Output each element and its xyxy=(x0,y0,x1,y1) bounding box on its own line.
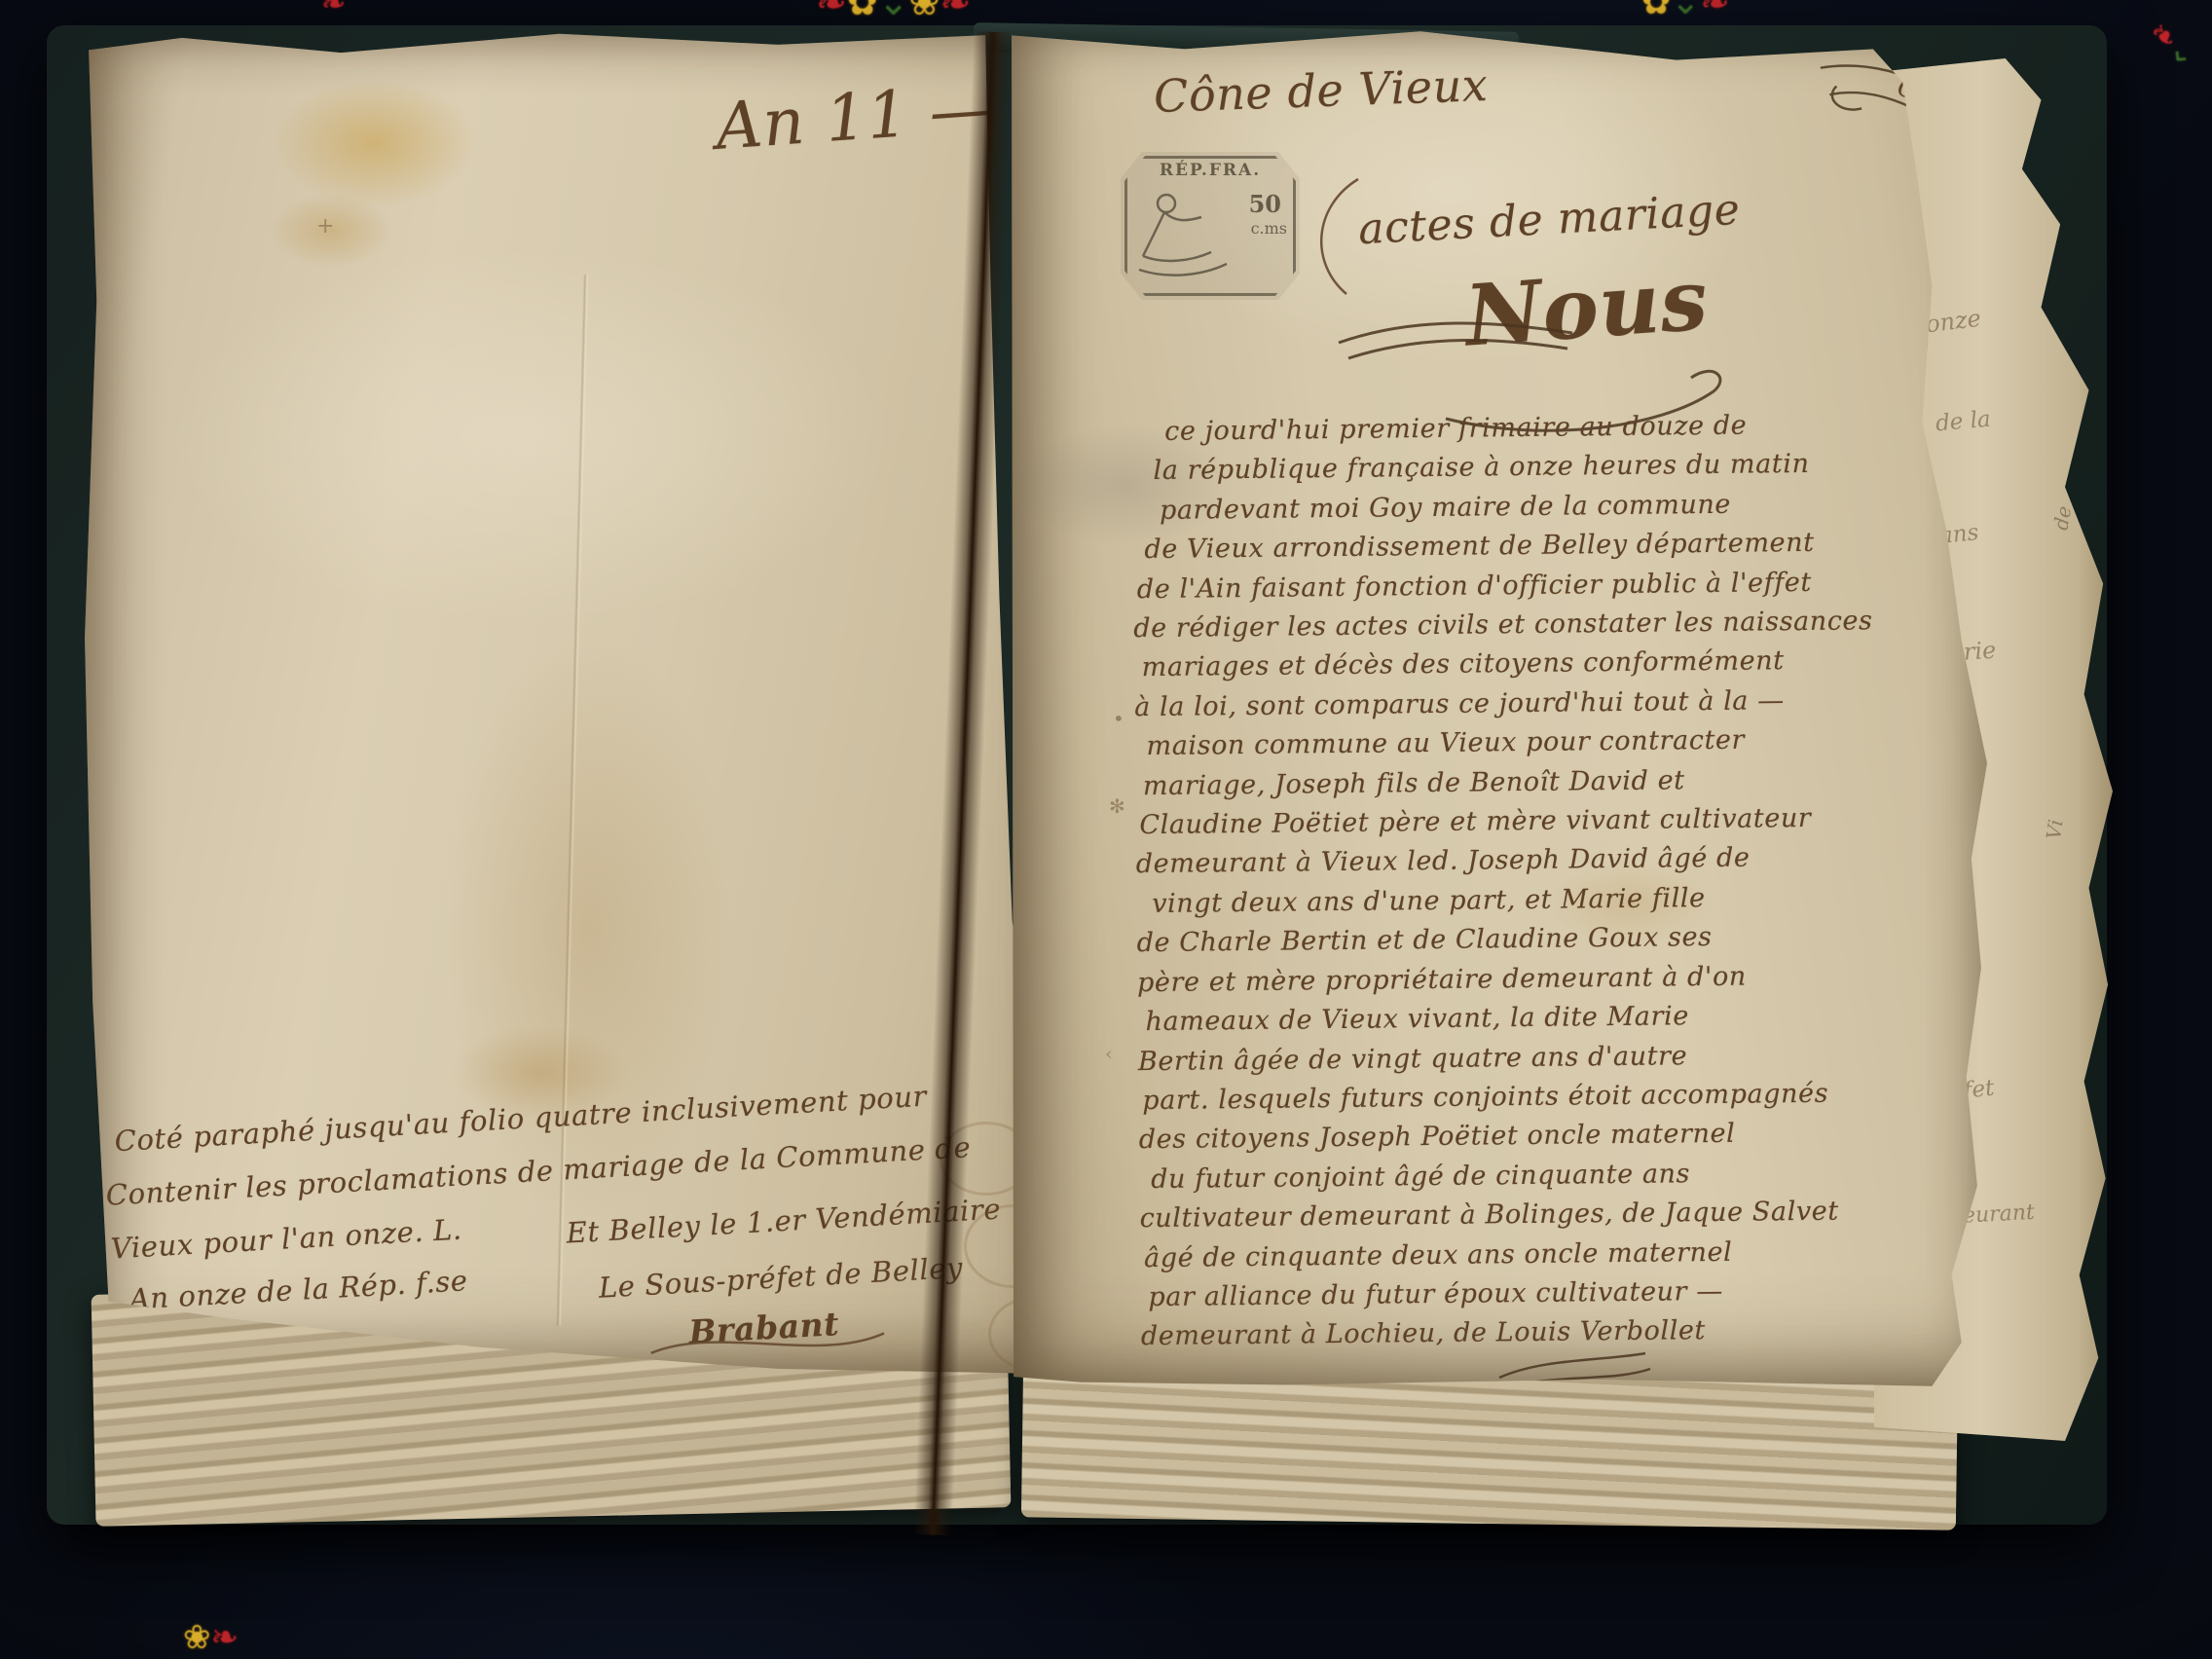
flower-bloom-icon: ✿ xyxy=(847,0,878,23)
margin-mark: • xyxy=(1113,707,1124,730)
flower-leaf-icon: ⌄ xyxy=(878,0,909,23)
flower-embroidery-bottom-left: ❀❧ xyxy=(183,1618,239,1657)
photograph-of-open-register: ❧ ❧✿⌄❀❧ ✿⌄❧ ❧⌄ ❧✿ ❀❧ onze de la ans Mari… xyxy=(0,0,2212,1659)
edge-script-fragment: Vi xyxy=(2042,818,2068,841)
stamp-header-text: RÉP.FRA. xyxy=(1122,161,1299,180)
flower-embroidery-corner-right: ❧⌄ xyxy=(2142,13,2206,75)
flower-embroidery-top-right: ✿⌄❧ xyxy=(1641,0,1730,22)
year-heading: An 11 — xyxy=(714,70,997,165)
act-body: ce jourd'hui premier frimaire au douze d… xyxy=(1129,405,1918,1357)
edge-script-fragment: de xyxy=(2048,504,2076,532)
flower-petal-icon: ❧ xyxy=(1700,0,1729,22)
right-page: Cône de Vieux Cotté RÉP.FRA. 50 c.ms act… xyxy=(1008,27,1991,1390)
stamp-seated-figure xyxy=(1129,180,1236,292)
flower-bloom-icon: ✿ xyxy=(1641,0,1671,22)
commune-header: Cône de Vieux xyxy=(1153,58,1489,123)
act-title: actes de mariage xyxy=(1357,185,1742,254)
flower-petal-icon: ❧ xyxy=(321,0,346,20)
margin-mark: ‹ xyxy=(1105,1042,1113,1065)
flower-bloom-icon: ❀ xyxy=(909,0,940,23)
flower-leaf-icon: ⌄ xyxy=(1671,0,1700,22)
margin-mark: ✻ xyxy=(1109,794,1125,818)
body-line: cultivateur demeurant à Bolinges, de Jaq… xyxy=(1139,1192,1916,1239)
small-ink-mark: + xyxy=(316,214,334,239)
title-paren-flourish xyxy=(1300,173,1368,300)
flower-petal-icon: ❧ xyxy=(211,1618,240,1657)
edge-script-fragment: de la xyxy=(1935,407,1992,437)
flower-bloom-icon: ❀ xyxy=(183,1618,211,1657)
body-line: la république française à onze heures du… xyxy=(1153,444,1908,492)
flower-petal-icon: ❧ xyxy=(940,0,971,23)
note-line: Vieux pour l'an onze. L. xyxy=(110,1212,463,1265)
flower-embroidery-top-left: ❧ xyxy=(321,0,346,20)
closing-official: Le Sous-préfet de Belley xyxy=(598,1251,964,1305)
flower-embroidery-top-center: ❧✿⌄❀❧ xyxy=(816,0,971,23)
revenue-stamp: RÉP.FRA. 50 c.ms xyxy=(1121,152,1300,300)
note-line: An onze de la Rép. f.se xyxy=(129,1264,468,1315)
stamp-value: 50 xyxy=(1249,190,1281,218)
stamp-unit: c.ms xyxy=(1251,219,1287,238)
flower-petal-icon: ❧ xyxy=(816,0,847,23)
